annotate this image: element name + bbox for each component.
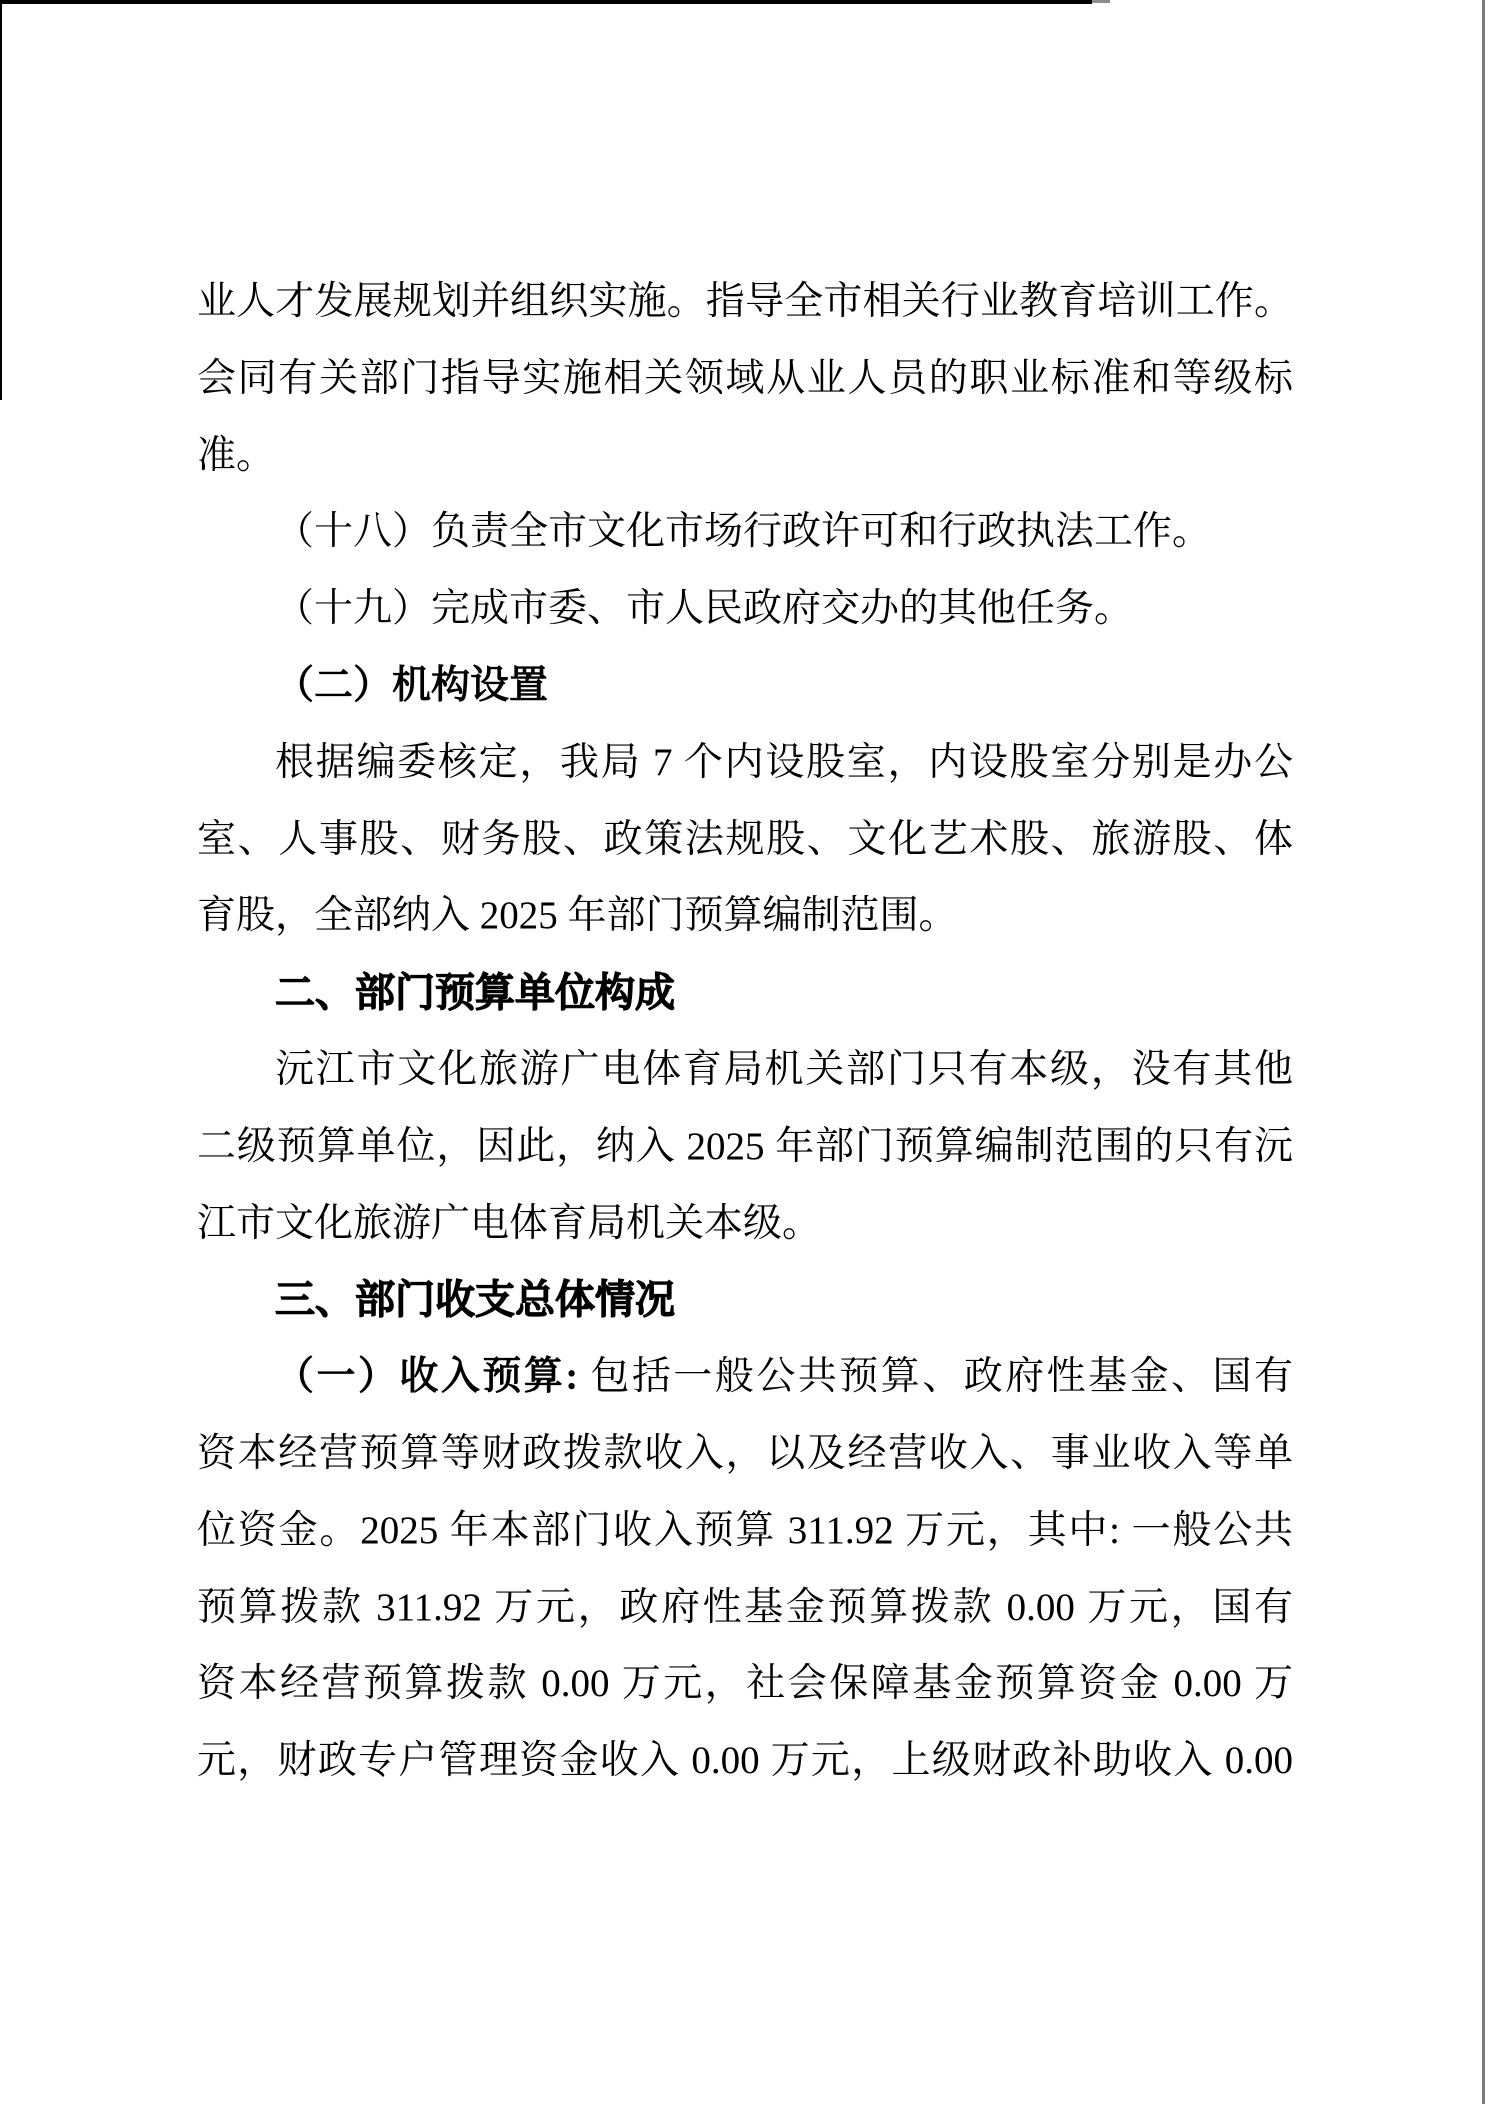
text-segment: 二级预算单位，因此，纳入 2025 年部门预算编制范围的只有沅 (197, 1125, 1293, 1168)
text-segment: 位资金。2025 年本部门收入预算 311.92 万元，其中: 一般公共 (197, 1509, 1293, 1552)
text-segment: 沅江市文化旅游广电体育局机关部门只有本级，没有其他 (275, 1048, 1293, 1091)
text-line: 育股，全部纳入 2025 年部门预算编制范围。 (197, 878, 1293, 955)
text-line: （一）收入预算: 包括一般公共预算、政府性基金、国有 (197, 1339, 1293, 1416)
text-line: 业人才发展规划并组织实施。指导全市相关行业教育培训工作。 (197, 264, 1293, 341)
text-line: 江市文化旅游广电体育局机关本级。 (197, 1186, 1293, 1263)
text-segment: 会同有关部门指导实施相关领域从业人员的职业标准和等级标 (197, 357, 1293, 400)
text-segment: （十八）负责全市文化市场行政许可和行政执法工作。 (275, 510, 1211, 553)
text-line: （二）机构设置 (197, 648, 1293, 725)
text-block: 业人才发展规划并组织实施。指导全市相关行业教育培训工作。会同有关部门指导实施相关… (197, 264, 1293, 1800)
text-segment: 资本经营预算等财政拨款收入，以及经营收入、事业收入等单 (197, 1432, 1293, 1475)
scan-edge-left (0, 0, 2, 400)
text-segment: 江市文化旅游广电体育局机关本级。 (197, 1202, 821, 1245)
text-segment: 资本经营预算拨款 0.00 万元，社会保障基金预算资金 0.00 万 (197, 1662, 1293, 1705)
text-line: 根据编委核定，我局 7 个内设股室，内设股室分别是办公 (197, 725, 1293, 802)
text-line: （十九）完成市委、市人民政府交办的其他任务。 (197, 571, 1293, 648)
text-segment: 室、人事股、财务股、政策法规股、文化艺术股、旅游股、体 (197, 818, 1293, 861)
text-line: 资本经营预算拨款 0.00 万元，社会保障基金预算资金 0.00 万 (197, 1646, 1293, 1723)
text-segment: 二、部门预算单位构成 (275, 971, 675, 1015)
text-line: 预算拨款 311.92 万元，政府性基金预算拨款 0.00 万元，国有 (197, 1570, 1293, 1647)
text-line: 准。 (197, 418, 1293, 495)
text-line: 室、人事股、财务股、政策法规股、文化艺术股、旅游股、体 (197, 802, 1293, 879)
text-segment: 包括一般公共预算、政府性基金、国有 (578, 1355, 1293, 1398)
scan-edge-top-fade (1092, 0, 1110, 3)
text-line: 会同有关部门指导实施相关领域从业人员的职业标准和等级标 (197, 341, 1293, 418)
text-segment: 业人才发展规划并组织实施。指导全市相关行业教育培训工作。 (197, 280, 1293, 323)
text-segment: （二）机构设置 (275, 664, 548, 707)
text-segment: 预算拨款 311.92 万元，政府性基金预算拨款 0.00 万元，国有 (197, 1586, 1293, 1629)
text-line: 元，财政专户管理资金收入 0.00 万元，上级财政补助收入 0.00 (197, 1723, 1293, 1800)
text-line: 二、部门预算单位构成 (197, 955, 1293, 1032)
text-segment: （十九）完成市委、市人民政府交办的其他任务。 (275, 587, 1133, 630)
text-line: 三、部门收支总体情况 (197, 1262, 1293, 1339)
text-segment: 元，财政专户管理资金收入 0.00 万元，上级财政补助收入 0.00 (197, 1739, 1293, 1782)
text-line: 资本经营预算等财政拨款收入，以及经营收入、事业收入等单 (197, 1416, 1293, 1493)
scan-edge-top (0, 0, 1092, 4)
text-line: 位资金。2025 年本部门收入预算 311.92 万元，其中: 一般公共 (197, 1493, 1293, 1570)
text-line: （十八）负责全市文化市场行政许可和行政执法工作。 (197, 494, 1293, 571)
text-segment: 根据编委核定，我局 7 个内设股室，内设股室分别是办公 (275, 741, 1293, 784)
text-segment: 育股，全部纳入 2025 年部门预算编制范围。 (197, 894, 958, 937)
text-segment: 准。 (197, 434, 275, 477)
document-page: 业人才发展规划并组织实施。指导全市相关行业教育培训工作。会同有关部门指导实施相关… (0, 0, 1488, 2104)
scan-edge-right (1482, 0, 1485, 2104)
text-segment: （一）收入预算: (275, 1355, 578, 1398)
text-segment: 三、部门收支总体情况 (275, 1278, 675, 1322)
text-line: 沅江市文化旅游广电体育局机关部门只有本级，没有其他 (197, 1032, 1293, 1109)
text-line: 二级预算单位，因此，纳入 2025 年部门预算编制范围的只有沅 (197, 1109, 1293, 1186)
